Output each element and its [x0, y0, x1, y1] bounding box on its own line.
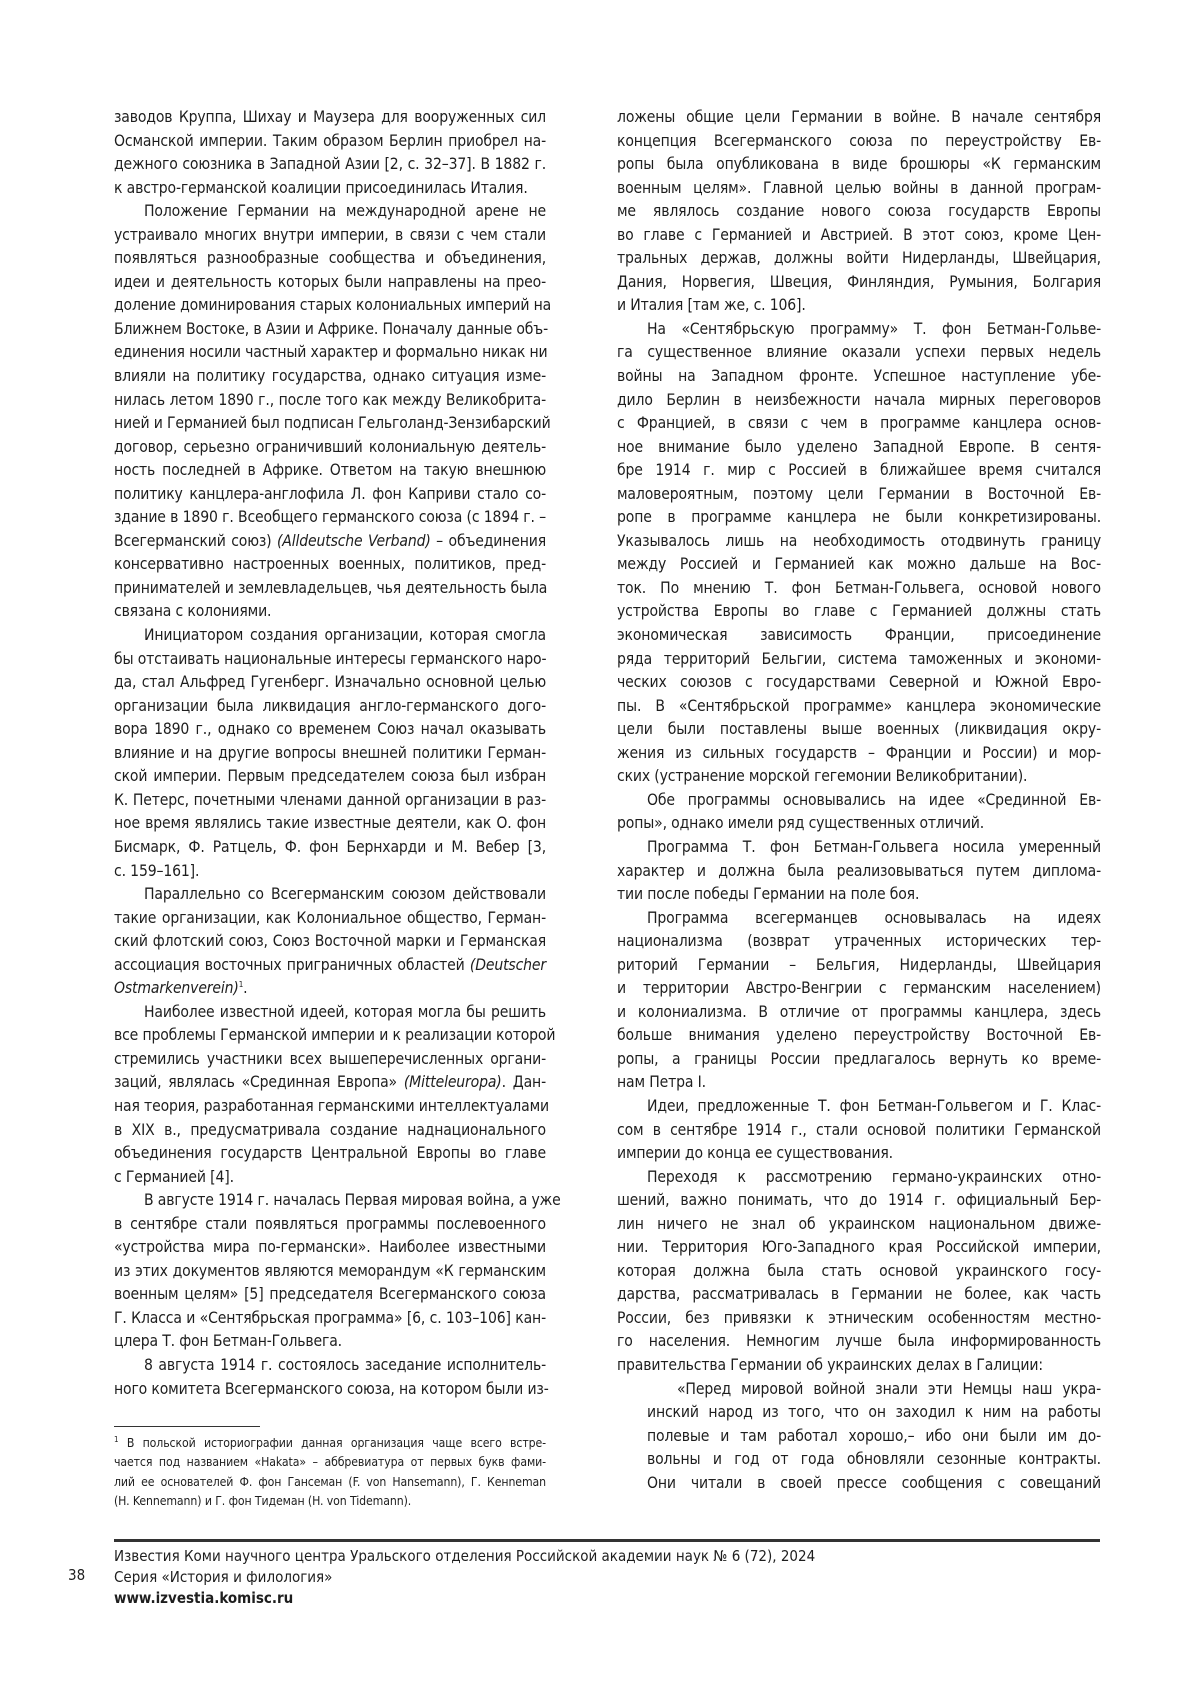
text-line: ного комитета Всегерманского союза, на к…	[114, 1378, 546, 1402]
text-line: во главе с Германией и Австрией. В этот …	[617, 224, 1101, 248]
text-line: 8 августа 1914 г. состоялось заседание и…	[114, 1354, 546, 1378]
text-line: пы. В «Сентябрьской программе» канцлера …	[617, 695, 1101, 719]
text-line: влияли на политику государства, однако с…	[114, 365, 546, 389]
text-line: (H. Kennemann) и Г. фон Тидеман (H. von …	[114, 1492, 546, 1511]
text-line: Они читали в своей прессе сообщения с со…	[617, 1472, 1101, 1496]
footnote-reference: 1	[239, 980, 243, 989]
text-line: которая должна была стать основой украин…	[617, 1260, 1101, 1284]
text-line: связана с колониями.	[114, 600, 546, 624]
text-line: империи до конца ее существования.	[617, 1142, 1101, 1166]
text-line: здание в 1890 г. Всеобщего германского с…	[114, 506, 546, 530]
text-line: бы отстаивать национальные интересы герм…	[114, 648, 546, 672]
text-line: нилась летом 1890 г., после того как меж…	[114, 389, 546, 413]
text-line: единения носили частный характер и форма…	[114, 341, 546, 365]
text-line: Инициатором создания организации, котора…	[114, 624, 546, 648]
text-line: полевые и там работал хорошо,– ибо они б…	[617, 1425, 1101, 1449]
text-line: ческих союзов с государствами Северной и…	[617, 671, 1101, 695]
text-line: и колониализма. В отличие от программы к…	[617, 1001, 1101, 1025]
text-line: дило Берлин в неизбежности начала мирных…	[617, 389, 1101, 413]
text-line: нам Петра I.	[617, 1071, 1101, 1095]
text-line: цели были поставлены выше военных (ликви…	[617, 718, 1101, 742]
text-line: да, стал Альфред Гугенберг. Изначально о…	[114, 671, 546, 695]
text-line: организации была ликвидация англо-герман…	[114, 695, 546, 719]
text-line: тральных держав, должны войти Нидерланды…	[617, 247, 1101, 271]
page-number: 38	[68, 1566, 85, 1584]
text-line: концепция Всегерманского союза по переус…	[617, 130, 1101, 154]
text-line: ропы, а границы России предлагалось верн…	[617, 1048, 1101, 1072]
text-line: В августе 1914 г. началась Первая мирова…	[114, 1189, 546, 1213]
text-line: с. 159–161].	[114, 860, 546, 884]
text-line: заводов Круппа, Шихау и Маузера для воор…	[114, 106, 546, 130]
text-line: риторий Германии – Бельгия, Нидерланды, …	[617, 954, 1101, 978]
text-line: 1 В польской историографии данная органи…	[114, 1434, 546, 1453]
text-line: Обе программы основывались на идее «Сред…	[617, 789, 1101, 813]
text-line: ропы», однако имели ряд существенных отл…	[617, 812, 1101, 836]
right-text-column: ложены общие цели Германии в войне. В на…	[617, 106, 1101, 1495]
text-line: ский флотский союз, Союз Восточной марки…	[114, 930, 546, 954]
text-line: ских (устранение морской гегемонии Велик…	[617, 765, 1101, 789]
text-line: тии после победы Германии на поле боя.	[617, 883, 1101, 907]
text-line: маловероятным, поэтому цели Германии в В…	[617, 483, 1101, 507]
text-line: лин ничего не знал об украинском национа…	[617, 1213, 1101, 1237]
text-line: национализма (возврат утраченных историч…	[617, 930, 1101, 954]
text-line: и территории Австро-Венгрии с германским…	[617, 977, 1101, 1001]
text-line: Параллельно со Всегерманским союзом дейс…	[114, 883, 546, 907]
text-line: такие организации, как Колониальное обще…	[114, 907, 546, 931]
text-line: военным целям». Главной целью войны в да…	[617, 177, 1101, 201]
text-line: Всегерманский союз) (Alldeutsche Verband…	[114, 530, 546, 554]
text-line: войны на Западном фронте. Успешное насту…	[617, 365, 1101, 389]
text-line: К. Петерс, почетными членами данной орга…	[114, 789, 546, 813]
text-line: России, без привязки к этническим особен…	[617, 1307, 1101, 1331]
text-line: принимателей и землевладельцев, чья деят…	[114, 577, 546, 601]
text-line: устраивало многих внутри империи, в связ…	[114, 224, 546, 248]
left-text-column: заводов Круппа, Шихау и Маузера для воор…	[114, 106, 546, 1401]
text-line: влияние и на другие вопросы внешней поли…	[114, 742, 546, 766]
text-line: вольны и год от года обновляли сезонные …	[617, 1448, 1101, 1472]
text-line: сом в сентябре 1914 г., стали основой по…	[617, 1119, 1101, 1143]
text-line: го населения. Немногим лучше была информ…	[617, 1330, 1101, 1354]
text-line: больше внимания уделено переустройству В…	[617, 1024, 1101, 1048]
text-line: и Италия [там же, с. 106].	[617, 294, 1101, 318]
text-line: появляться разнообразные сообщества и об…	[114, 247, 546, 271]
text-line: ассоциация восточных приграничных област…	[114, 954, 546, 978]
text-line: лий ее основателей Ф. фон Гансеман (F. v…	[114, 1473, 546, 1492]
text-line: правительства Германии об украинских дел…	[617, 1354, 1101, 1378]
text-line: с Францией, в связи с чем в программе ка…	[617, 412, 1101, 436]
text-line: чается под названием «Hakata» – аббревиа…	[114, 1453, 546, 1472]
text-line: ряда территорий Бельгии, система таможен…	[617, 648, 1101, 672]
text-line: Положение Германии на международной арен…	[114, 200, 546, 224]
text-line: в сентябре стали появляться программы по…	[114, 1213, 546, 1237]
text-line: Г. Класса и «Сентябрьская программа» [6,…	[114, 1307, 546, 1331]
text-line: политику канцлера-англофила Л. фон Капри…	[114, 483, 546, 507]
text-line: Программа Т. фон Бетман-Гольвега носила …	[617, 836, 1101, 860]
text-line: идеи и деятельность которых были направл…	[114, 271, 546, 295]
text-line: Указывалось лишь на необходимость отодви…	[617, 530, 1101, 554]
text-line: Ближнем Востоке, в Азии и Африке. Понача…	[114, 318, 546, 342]
text-line: дежного союзника в Западной Азии [2, с. …	[114, 153, 546, 177]
text-line: военным целям» [5] председателя Всегерма…	[114, 1283, 546, 1307]
text-line: характер и должна была реализовываться п…	[617, 860, 1101, 884]
text-line: ное время являлись такие известные деяте…	[114, 812, 546, 836]
text-line: Идеи, предложенные Т. фон Бетман-Гольвег…	[617, 1095, 1101, 1119]
text-line: Дания, Норвегия, Швеция, Финляндия, Румы…	[617, 271, 1101, 295]
text-line: договор, серьезно ограничивший колониаль…	[114, 436, 546, 460]
text-line: между Россией и Германией как можно даль…	[617, 553, 1101, 577]
text-line: объединения государств Центральной Европ…	[114, 1142, 546, 1166]
right-body-text: ложены общие цели Германии в войне. В на…	[617, 106, 1101, 1378]
text-line: в XIX в., предусматривала создание надна…	[114, 1119, 546, 1143]
text-line: нией и Германией был подписан Гельголанд…	[114, 412, 546, 436]
text-line: Бисмарк, Ф. Ратцель, Ф. фон Бернхарди и …	[114, 836, 546, 860]
text-line: ное внимание было уделено Западной Европ…	[617, 436, 1101, 460]
text-line: заций, являлась «Срединная Европа» (Mitt…	[114, 1071, 546, 1095]
text-line: Наиболее известной идеей, которая могла …	[114, 1001, 546, 1025]
text-line: к австро-германской коалиции присоединил…	[114, 177, 546, 201]
text-line: ской империи. Первым председателем союза…	[114, 765, 546, 789]
text-line: ложены общие цели Германии в войне. В на…	[617, 106, 1101, 130]
text-line: доление доминирования старых колониальны…	[114, 294, 546, 318]
text-line: устройства Европы во главе с Германией д…	[617, 600, 1101, 624]
footer-divider	[114, 1539, 1100, 1542]
text-line: инский народ из того, что он заходил к н…	[617, 1401, 1101, 1425]
text-line: цлера Т. фон Бетман-Гольвега.	[114, 1330, 546, 1354]
text-line: ропы была опубликована в виде брошюры «К…	[617, 153, 1101, 177]
journal-footer: Известия Коми научного центра Уральского…	[114, 1546, 815, 1609]
block-quote: «Перед мировой войной знали эти Немцы на…	[617, 1378, 1101, 1496]
footnote-divider	[114, 1426, 260, 1427]
text-line: вора 1890 г., однако со временем Союз на…	[114, 718, 546, 742]
text-line: Османской империи. Таким образом Берлин …	[114, 130, 546, 154]
text-line: Ostmarkenverein)1.	[114, 977, 546, 1001]
text-line: ность последней в Африке. Ответом на так…	[114, 459, 546, 483]
text-line: дарства, рассматривалась в Германии не б…	[617, 1283, 1101, 1307]
journal-title: Известия Коми научного центра Уральского…	[114, 1546, 815, 1567]
text-line: из этих документов являются меморандум «…	[114, 1260, 546, 1284]
text-line: га существенное влияние оказали успехи п…	[617, 341, 1101, 365]
text-line: ток. По мнению Т. фон Бетман-Гольвега, о…	[617, 577, 1101, 601]
text-line: стремились участники всех вышеперечислен…	[114, 1048, 546, 1072]
text-line: «Перед мировой войной знали эти Немцы на…	[617, 1378, 1101, 1402]
text-line: консервативно настроенных военных, полит…	[114, 553, 546, 577]
text-line: нии. Территория Юго-Западного края Росси…	[617, 1236, 1101, 1260]
text-line: бре 1914 г. мир с Россией в ближайшее вр…	[617, 459, 1101, 483]
text-line: На «Сентябрьскую программу» Т. фон Бетма…	[617, 318, 1101, 342]
text-line: ропе в программе канцлера не были конкре…	[617, 506, 1101, 530]
text-line: ме являлось создание нового союза госуда…	[617, 200, 1101, 224]
text-line: экономическая зависимость Франции, присо…	[617, 624, 1101, 648]
journal-series: Серия «История и филология»	[114, 1567, 815, 1588]
text-line: жения из сильных государств – Франции и …	[617, 742, 1101, 766]
text-line: ная теория, разработанная германскими ин…	[114, 1095, 546, 1119]
text-line: Программа всегерманцев основывалась на и…	[617, 907, 1101, 931]
footnote: 1 В польской историографии данная органи…	[114, 1434, 546, 1512]
text-line: все проблемы Германской империи и к реал…	[114, 1024, 546, 1048]
text-line: Переходя к рассмотрению германо-украинск…	[617, 1166, 1101, 1190]
text-line: «устройства мира по-германски». Наиболее…	[114, 1236, 546, 1260]
journal-website-link[interactable]: www.izvestia.komisc.ru	[114, 1588, 815, 1609]
text-line: шений, важно понимать, что до 1914 г. оф…	[617, 1189, 1101, 1213]
text-line: с Германией [4].	[114, 1166, 546, 1190]
